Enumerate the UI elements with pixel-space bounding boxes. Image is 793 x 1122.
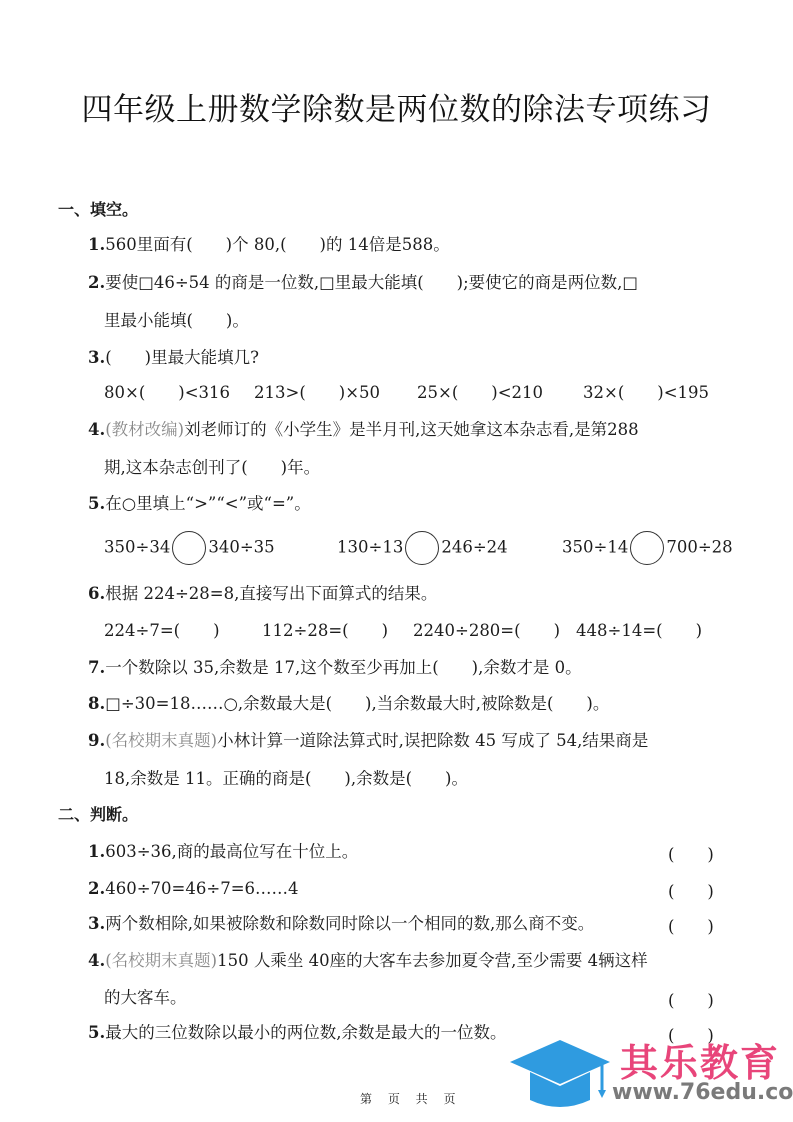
- q6-item: 448÷14=( ): [576, 620, 702, 642]
- q3-item: 213>( )×50: [254, 382, 380, 404]
- question-2-1: 1.603÷36,商的最高位写在十位上。: [88, 841, 358, 863]
- question-1-6: 6.根据 224÷28=8,直接写出下面算式的结果。: [88, 583, 437, 605]
- question-1-2-cont: 里最小能填( )。: [104, 310, 249, 332]
- compare-circle[interactable]: [405, 531, 439, 565]
- answer-blank[interactable]: ( ): [668, 841, 714, 865]
- page-footer: 第 页 共 页: [360, 1090, 461, 1107]
- question-1-3: 3.( )里最大能填几?: [88, 347, 259, 369]
- compare-circle[interactable]: [630, 531, 664, 565]
- question-1-2: 2.要使□46÷54 的商是一位数,□里最大能填( );要使它的商是两位数,□: [88, 272, 638, 294]
- section-heading-judge: 二、判断。: [58, 804, 138, 826]
- question-2-2: 2.460÷70=46÷7=6……4: [88, 878, 299, 900]
- q6-item: 224÷7=( ): [104, 620, 220, 642]
- answer-blank[interactable]: ( ): [668, 987, 714, 1011]
- q3-item: 32×( )<195: [583, 382, 709, 404]
- compare-circle[interactable]: [172, 531, 206, 565]
- question-1-7: 7.一个数除以 35,余数是 17,这个数至少再加上( ),余数才是 0。: [88, 657, 582, 679]
- question-1-9-cont: 18,余数是 11。正确的商是( ),余数是( )。: [104, 768, 468, 790]
- question-1-8: 8.□÷30=18……○,余数最大是( ),当余数最大时,被除数是( )。: [88, 693, 609, 715]
- q3-item: 80×( )<316: [104, 382, 230, 404]
- question-2-5: 5.最大的三位数除以最小的两位数,余数是最大的一位数。: [88, 1022, 506, 1044]
- question-2-3: 3.两个数相除,如果被除数和除数同时除以一个相同的数,那么商不变。: [88, 913, 594, 935]
- q6-item: 2240÷280=( ): [413, 620, 560, 642]
- question-1-5: 5.在○里填上“>”“<”或“=”。: [88, 493, 311, 515]
- compare-pair: 130÷13246÷24: [337, 531, 508, 565]
- brand-url: www.76edu.com: [612, 1080, 793, 1105]
- section-heading-fill-blank: 一、填空。: [58, 199, 138, 221]
- page-title: 四年级上册数学除数是两位数的除法专项练习: [0, 84, 793, 129]
- question-1-9: 9.(名校期末真题)小林计算一道除法算式时,误把除数 45 写成了 54,结果商…: [88, 730, 648, 752]
- q6-item: 112÷28=( ): [262, 620, 388, 642]
- question-1-4-cont: 期,这本杂志创刊了( )年。: [104, 457, 320, 479]
- question-2-4: 4.(名校期末真题)150 人乘坐 40座的大客车去参加夏令营,至少需要 4辆这…: [88, 950, 648, 972]
- brand-logo-text: 其乐教育: [620, 1032, 780, 1087]
- q3-item: 25×( )<210: [417, 382, 543, 404]
- answer-blank[interactable]: ( ): [668, 913, 714, 937]
- compare-pair: 350÷14700÷28: [562, 531, 733, 565]
- question-1-1: 1.560里面有( )个 80,( )的 14倍是588。: [88, 234, 450, 256]
- compare-pair: 350÷34340÷35: [104, 531, 275, 565]
- answer-blank[interactable]: ( ): [668, 878, 714, 902]
- question-1-4: 4.(教材改编)刘老师订的《小学生》是半月刊,这天她拿这本杂志看,是第288: [88, 419, 639, 441]
- graduation-cap-icon: [510, 1040, 610, 1110]
- question-2-4-cont: 的大客车。: [104, 987, 187, 1009]
